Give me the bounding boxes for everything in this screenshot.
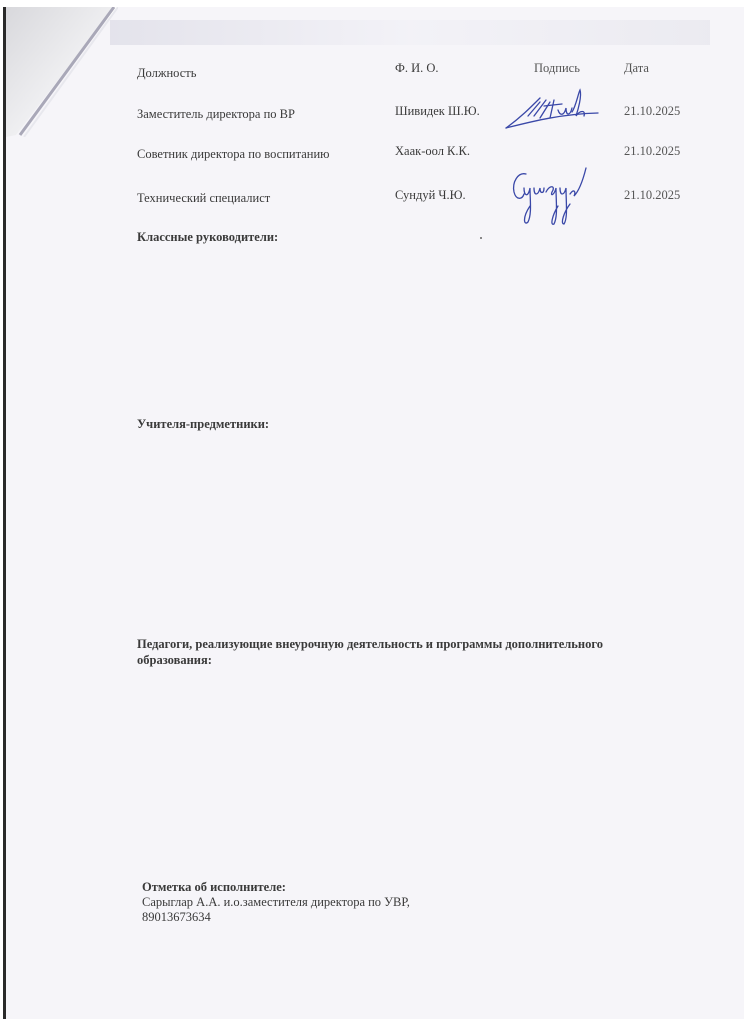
executor-line: Сарыглар А.А. и.о.заместителя директора … xyxy=(142,895,410,910)
section-extracurricular-line2: образования: xyxy=(137,653,212,668)
row-1-name: Шивидек Ш.Ю. xyxy=(395,104,480,119)
signature-sunduy-icon xyxy=(508,166,598,228)
header-signature: Подпись xyxy=(534,61,580,76)
scan-top-margin xyxy=(0,0,744,7)
stray-mark xyxy=(480,237,482,239)
row-1-date: 21.10.2025 xyxy=(624,104,680,119)
row-3-name: Сундуй Ч.Ю. xyxy=(395,188,466,203)
row-3-date: 21.10.2025 xyxy=(624,188,680,203)
executor-heading: Отметка об исполнителе: xyxy=(142,880,286,895)
section-extracurricular-line1: Педагоги, реализующие внеурочную деятель… xyxy=(137,637,603,652)
folded-corner-icon xyxy=(6,7,118,137)
row-3-position: Технический специалист xyxy=(137,191,270,206)
header-position: Должность xyxy=(137,66,196,81)
scan-bottom-margin xyxy=(0,1019,744,1024)
row-2-position: Советник директора по воспитанию xyxy=(137,147,329,162)
executor-phone: 89013673634 xyxy=(142,910,211,925)
row-1-position: Заместитель директора по ВР xyxy=(137,107,295,122)
header-name: Ф. И. О. xyxy=(395,61,439,76)
scan-artifact xyxy=(110,20,710,45)
row-2-name: Хаак-оол К.К. xyxy=(395,144,470,159)
section-subject-teachers: Учителя-предметники: xyxy=(137,417,269,432)
scan-left-border xyxy=(3,7,6,1019)
row-2-date: 21.10.2025 xyxy=(624,144,680,159)
section-class-teachers: Классные руководители: xyxy=(137,230,278,245)
signature-shividek-icon xyxy=(500,88,600,132)
header-date: Дата xyxy=(624,61,649,76)
